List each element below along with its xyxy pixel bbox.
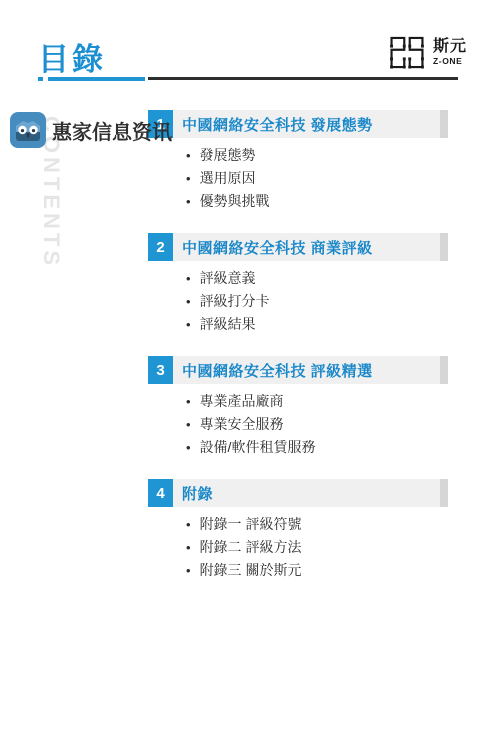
toc-item: 附錄二 評級方法 [186, 536, 448, 559]
section-number-badge: 3 [148, 356, 173, 384]
toc-item: 評級打分卡 [186, 290, 448, 313]
toc-section-2: 2 中國網絡安全科技 商業評級 評級意義 評級打分卡 評級結果 [148, 233, 448, 336]
section-header-bar: 2 中國網絡安全科技 商業評級 [148, 233, 448, 261]
logo-text: 斯元 Z-ONE [433, 39, 467, 66]
bar-accent-strip [440, 233, 448, 261]
section-items: 發展態勢 選用原因 優勢與挑戰 [148, 138, 448, 213]
toc-section-1: 1 中國網絡安全科技 發展態勢 發展態勢 選用原因 優勢與挑戰 [148, 110, 448, 213]
section-title: 中國網絡安全科技 評級精選 [173, 360, 373, 381]
section-title: 中國網絡安全科技 商業評級 [173, 237, 373, 258]
section-header-bar: 1 中國網絡安全科技 發展態勢 [148, 110, 448, 138]
title-underline-dash [38, 77, 43, 81]
section-header-bar: 4 附錄 [148, 479, 448, 507]
toc-item: 評級結果 [186, 313, 448, 336]
toc-section-3: 3 中國網絡安全科技 評級精選 專業產品廠商 專業安全服務 設備/軟件租賃服務 [148, 356, 448, 459]
toc-content: 1 中國網絡安全科技 發展態勢 發展態勢 選用原因 優勢與挑戰 2 中國網絡安全… [148, 110, 448, 602]
section-items: 評級意義 評級打分卡 評級結果 [148, 261, 448, 336]
bar-accent-strip [440, 479, 448, 507]
toc-item: 附錄三 關於斯元 [186, 559, 448, 582]
section-items: 附錄一 評級符號 附錄二 評級方法 附錄三 關於斯元 [148, 507, 448, 582]
section-header-bar: 3 中國網絡安全科技 評級精選 [148, 356, 448, 384]
section-number-badge: 2 [148, 233, 173, 261]
header-rule-line [148, 77, 458, 80]
logo-name: 斯元 [433, 39, 467, 55]
toc-item: 專業安全服務 [186, 413, 448, 436]
toc-item: 優勢與挑戰 [186, 190, 448, 213]
page-title: 目錄 [38, 34, 106, 79]
section-number-badge: 4 [148, 479, 173, 507]
toc-item: 發展態勢 [186, 144, 448, 167]
bar-accent-strip [440, 110, 448, 138]
section-items: 專業產品廠商 專業安全服務 設備/軟件租賃服務 [148, 384, 448, 459]
brand-logo: 斯元 Z-ONE [387, 32, 467, 73]
logo-subtitle: Z-ONE [433, 57, 467, 66]
watermark-text: 惠家信息资讯 [52, 116, 172, 145]
watermark: 惠家信息资讯 [10, 112, 172, 148]
toc-item: 評級意義 [186, 267, 448, 290]
section-title: 中國網絡安全科技 發展態勢 [173, 114, 373, 135]
robot-mascot-icon [10, 112, 46, 148]
toc-item: 專業產品廠商 [186, 390, 448, 413]
toc-page: 目錄 斯元 [0, 0, 500, 750]
toc-section-4: 4 附錄 附錄一 評級符號 附錄二 評級方法 附錄三 關於斯元 [148, 479, 448, 582]
toc-item: 設備/軟件租賃服務 [186, 436, 448, 459]
bar-accent-strip [440, 356, 448, 384]
toc-item: 選用原因 [186, 167, 448, 190]
section-title: 附錄 [173, 483, 213, 504]
z-one-logo-icon [387, 32, 427, 73]
title-underline-blue [48, 77, 145, 81]
toc-item: 附錄一 評級符號 [186, 513, 448, 536]
